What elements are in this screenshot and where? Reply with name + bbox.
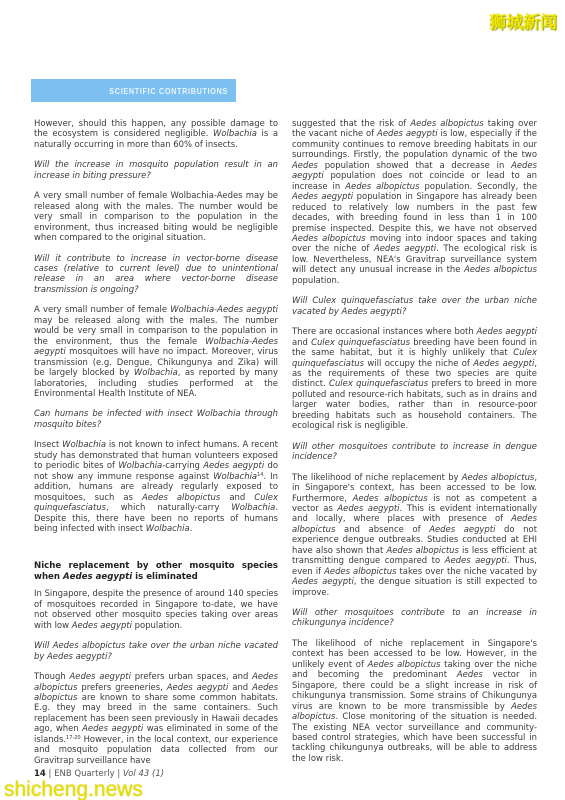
- paragraph: suggested that the risk of Aedes albopic…: [292, 118, 537, 285]
- watermark-chinese: 狮城新闻: [489, 8, 557, 33]
- right-column: suggested that the risk of Aedes albopic…: [292, 118, 537, 773]
- question: Will the increase in mosquito population…: [34, 159, 278, 180]
- watermark-site: shicheng.news: [4, 778, 143, 800]
- question: Will Aedes albopictus take over the urba…: [34, 640, 278, 661]
- question: Will it contribute to increase in vector…: [34, 253, 278, 295]
- paragraph: In Singapore, despite the presence of ar…: [34, 588, 278, 630]
- question: Can humans be infected with insect Wolba…: [34, 408, 278, 429]
- section-band: SCIENTIFIC CONTRIBUTIONS: [31, 79, 236, 102]
- paragraph: However, should this happen, any possibl…: [34, 118, 278, 149]
- question: Will other mosquitoes contribute to an i…: [292, 607, 537, 628]
- section-heading: Niche replacement by other mosquito spec…: [34, 561, 278, 582]
- paragraph: A very small number of female Wolbachia-…: [34, 190, 278, 242]
- section-label: SCIENTIFIC CONTRIBUTIONS: [110, 86, 236, 96]
- citation: 17-20: [66, 735, 81, 741]
- left-column: However, should this happen, any possibl…: [34, 118, 278, 775]
- paragraph: Insect Wolbachia is not known to infect …: [34, 439, 278, 533]
- paragraph: The likelihood of niche replacement in S…: [292, 638, 537, 763]
- paragraph: Though Aedes aegypti prefers urban space…: [34, 671, 278, 765]
- paragraph: A very small number of female Wolbachia-…: [34, 304, 278, 398]
- paragraph: There are occasional instances where bot…: [292, 326, 537, 431]
- paragraph: The likelihood of niche replacement by A…: [292, 472, 537, 597]
- question: Will Culex quinquefasciatus take over th…: [292, 295, 537, 316]
- question: Will other mosquitoes contribute to incr…: [292, 441, 537, 462]
